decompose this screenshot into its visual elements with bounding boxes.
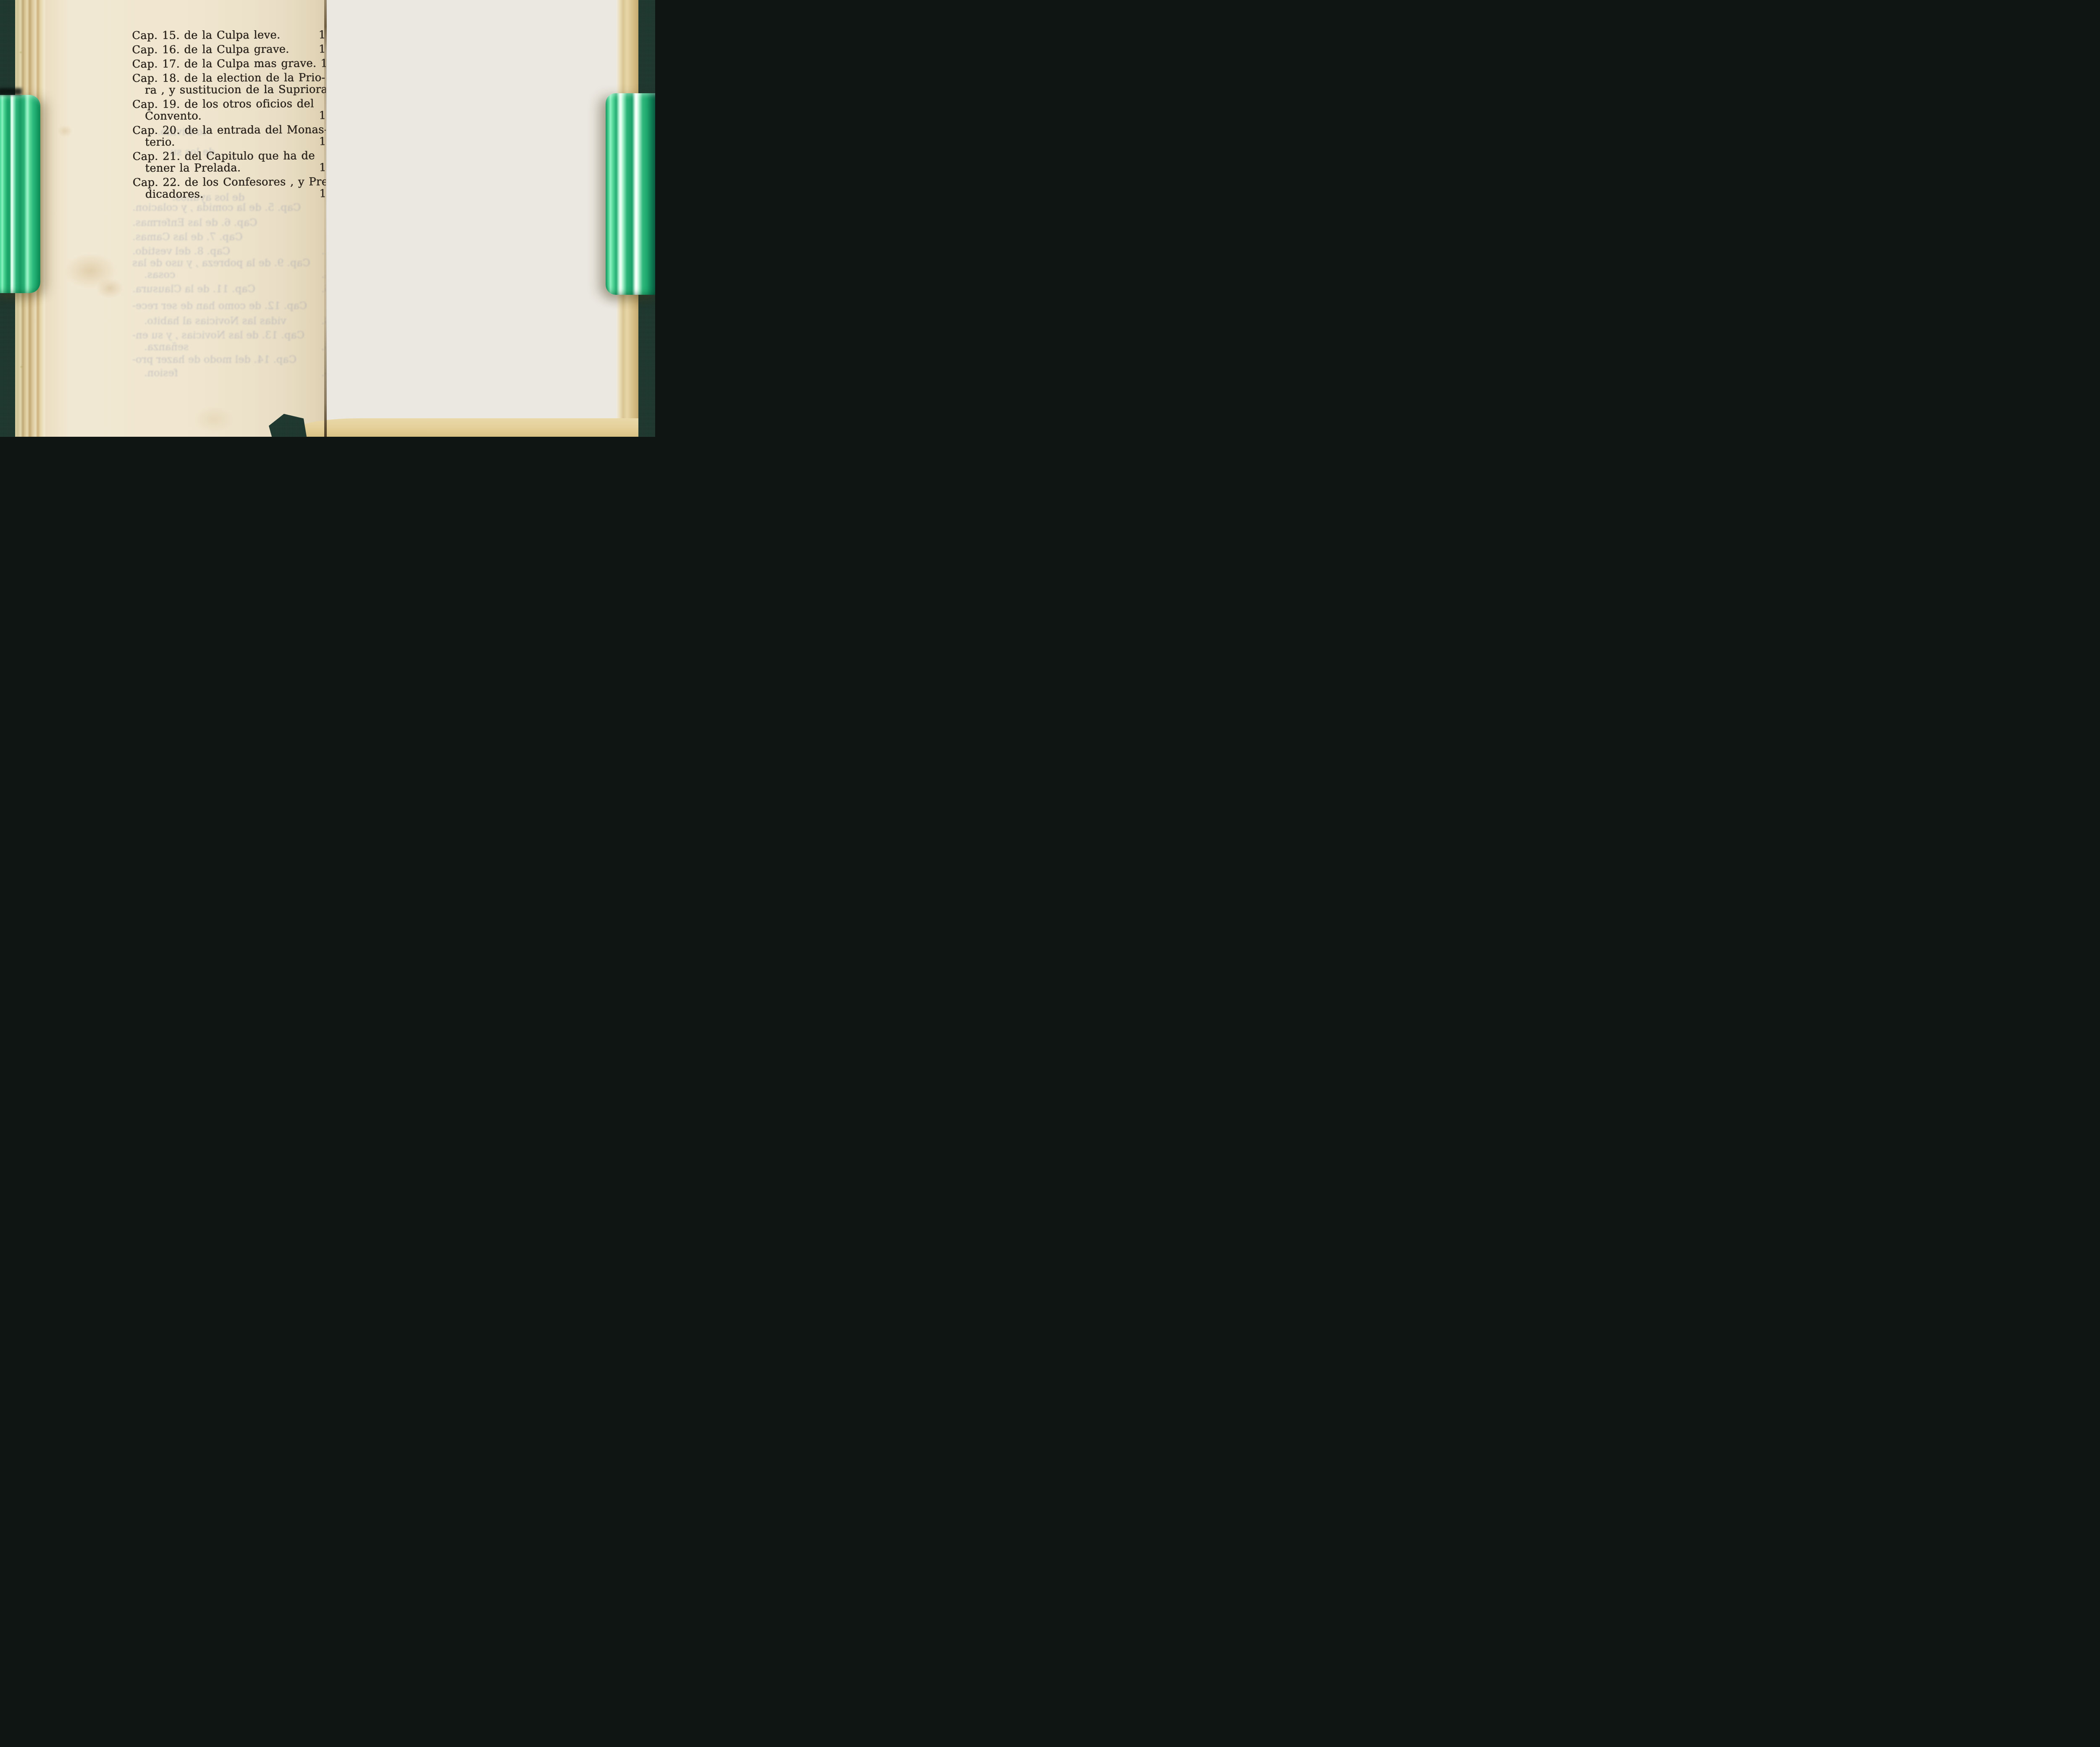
- ghost-line: Cap. 5. de la comida , y colacion.93.: [132, 202, 344, 213]
- toc-line-text: Cap. 19. de los otros oficios del: [132, 98, 314, 110]
- book-gutter: [324, 0, 327, 437]
- toc-line-text: Cap. 16. de la Culpa grave.: [132, 43, 289, 56]
- ghost-line-text: Cap. 5. de la comida , y colacion.: [132, 202, 301, 213]
- table-of-contents: Cap. 15. de la Culpa leve.159.Cap. 16. d…: [132, 29, 344, 203]
- ghost-line: cosas.104.: [132, 269, 344, 281]
- toc-line-text: Cap. 15. de la Culpa leve.: [132, 29, 280, 42]
- toc-line-text: Convento.: [132, 110, 202, 122]
- ghost-line-text: Cap. 11. de la Clausura.: [132, 283, 255, 295]
- ghost-line: Cap. 14. del modo de hazer pro-: [132, 354, 344, 365]
- toc-entry: Cap. 18. de la election de la Prio-ra , …: [132, 72, 344, 96]
- ghost-line: Cap. 12. de como han de ser rece-: [132, 300, 344, 312]
- toc-line-text: Cap. 17. de la Culpa mas grave.: [132, 58, 316, 70]
- ghost-line-text: Cap. 8. del vestido.: [132, 245, 230, 257]
- ghost-line: Cap. 6. de las Enfermas.95.: [132, 217, 344, 228]
- ghost-line-text: Cap. 6. de las Enfermas.: [132, 217, 257, 228]
- ghost-line: Cap. 11. de la Clausura.116.: [132, 283, 344, 295]
- toc-entry: Cap. 21. del Capitulo que ha detener la …: [132, 150, 344, 174]
- toc-line-text: dicadores.: [133, 188, 204, 200]
- toc-entry: Cap. 17. de la Culpa mas grave.167.: [132, 58, 343, 70]
- ghost-line: Cap. 9. de la pobreza , y uso de las: [132, 257, 344, 269]
- right-green-clip: [606, 93, 655, 295]
- under-page-edge: [294, 418, 638, 437]
- ghost-line-text: cosas.: [144, 269, 175, 281]
- toc-entry: Cap. 19. de los otros oficios delConvent…: [132, 98, 344, 122]
- ghost-line-text: Cap. 13. de las Novicias , y su en-: [132, 329, 304, 341]
- ghost-line: Cap. 8. del vestido.101.: [132, 245, 344, 257]
- left-green-clip: [0, 95, 40, 293]
- ghost-line-text: Cap. 14. del modo de hazer pro-: [132, 354, 297, 365]
- toc-line-text: tener la Prelada.: [132, 162, 241, 174]
- toc-entry: Cap. 20. de la entrada del Monas-terio.1…: [132, 124, 344, 148]
- open-book-photo: lo Divino.de los sude los ayunos.92.Cap.…: [0, 0, 655, 437]
- ghost-line-text: señanza.: [144, 341, 189, 353]
- ghost-line-text: fesion.: [144, 367, 178, 379]
- right-page-blank: [326, 0, 617, 437]
- ghost-line-text: Cap. 12. de como han de ser rece-: [132, 300, 307, 312]
- ghost-line: fesion.146.: [132, 367, 344, 379]
- ghost-line-text: Cap. 9. de la pobreza , y uso de las: [132, 257, 310, 269]
- ghost-line: señanza.136.: [132, 341, 344, 353]
- toc-line-text: Cap. 18. de la election de la Prio-: [132, 72, 325, 84]
- left-page: lo Divino.de los sude los ayunos.92.Cap.…: [45, 0, 326, 437]
- ghost-line-text: Cap. 7. de las Camas.: [132, 231, 243, 243]
- toc-line-text: ra , y sustitucion de la Supriora.: [132, 84, 331, 96]
- toc-entry: Cap. 16. de la Culpa grave.164.: [132, 43, 343, 56]
- ghost-line: Cap. 7. de las Camas.99.: [132, 231, 344, 243]
- toc-line-text: terio.: [132, 136, 175, 148]
- toc-entry: Cap. 22. de los Confesores , y Pre-dicad…: [133, 176, 344, 200]
- ghost-line: vidas las Novicias al habito.128.: [132, 315, 344, 327]
- ghost-line: Cap. 13. de las Novicias , y su en-: [132, 329, 344, 341]
- toc-entry: Cap. 15. de la Culpa leve.159.: [132, 29, 343, 42]
- ghost-line-text: vidas las Novicias al habito.: [144, 315, 286, 327]
- toc-line-text: Cap. 21. del Capitulo que ha de: [132, 150, 315, 163]
- toc-line-text: Cap. 22. de los Confesores , y Pre-: [133, 176, 332, 189]
- toc-line-text: Cap. 20. de la entrada del Monas-: [132, 124, 328, 136]
